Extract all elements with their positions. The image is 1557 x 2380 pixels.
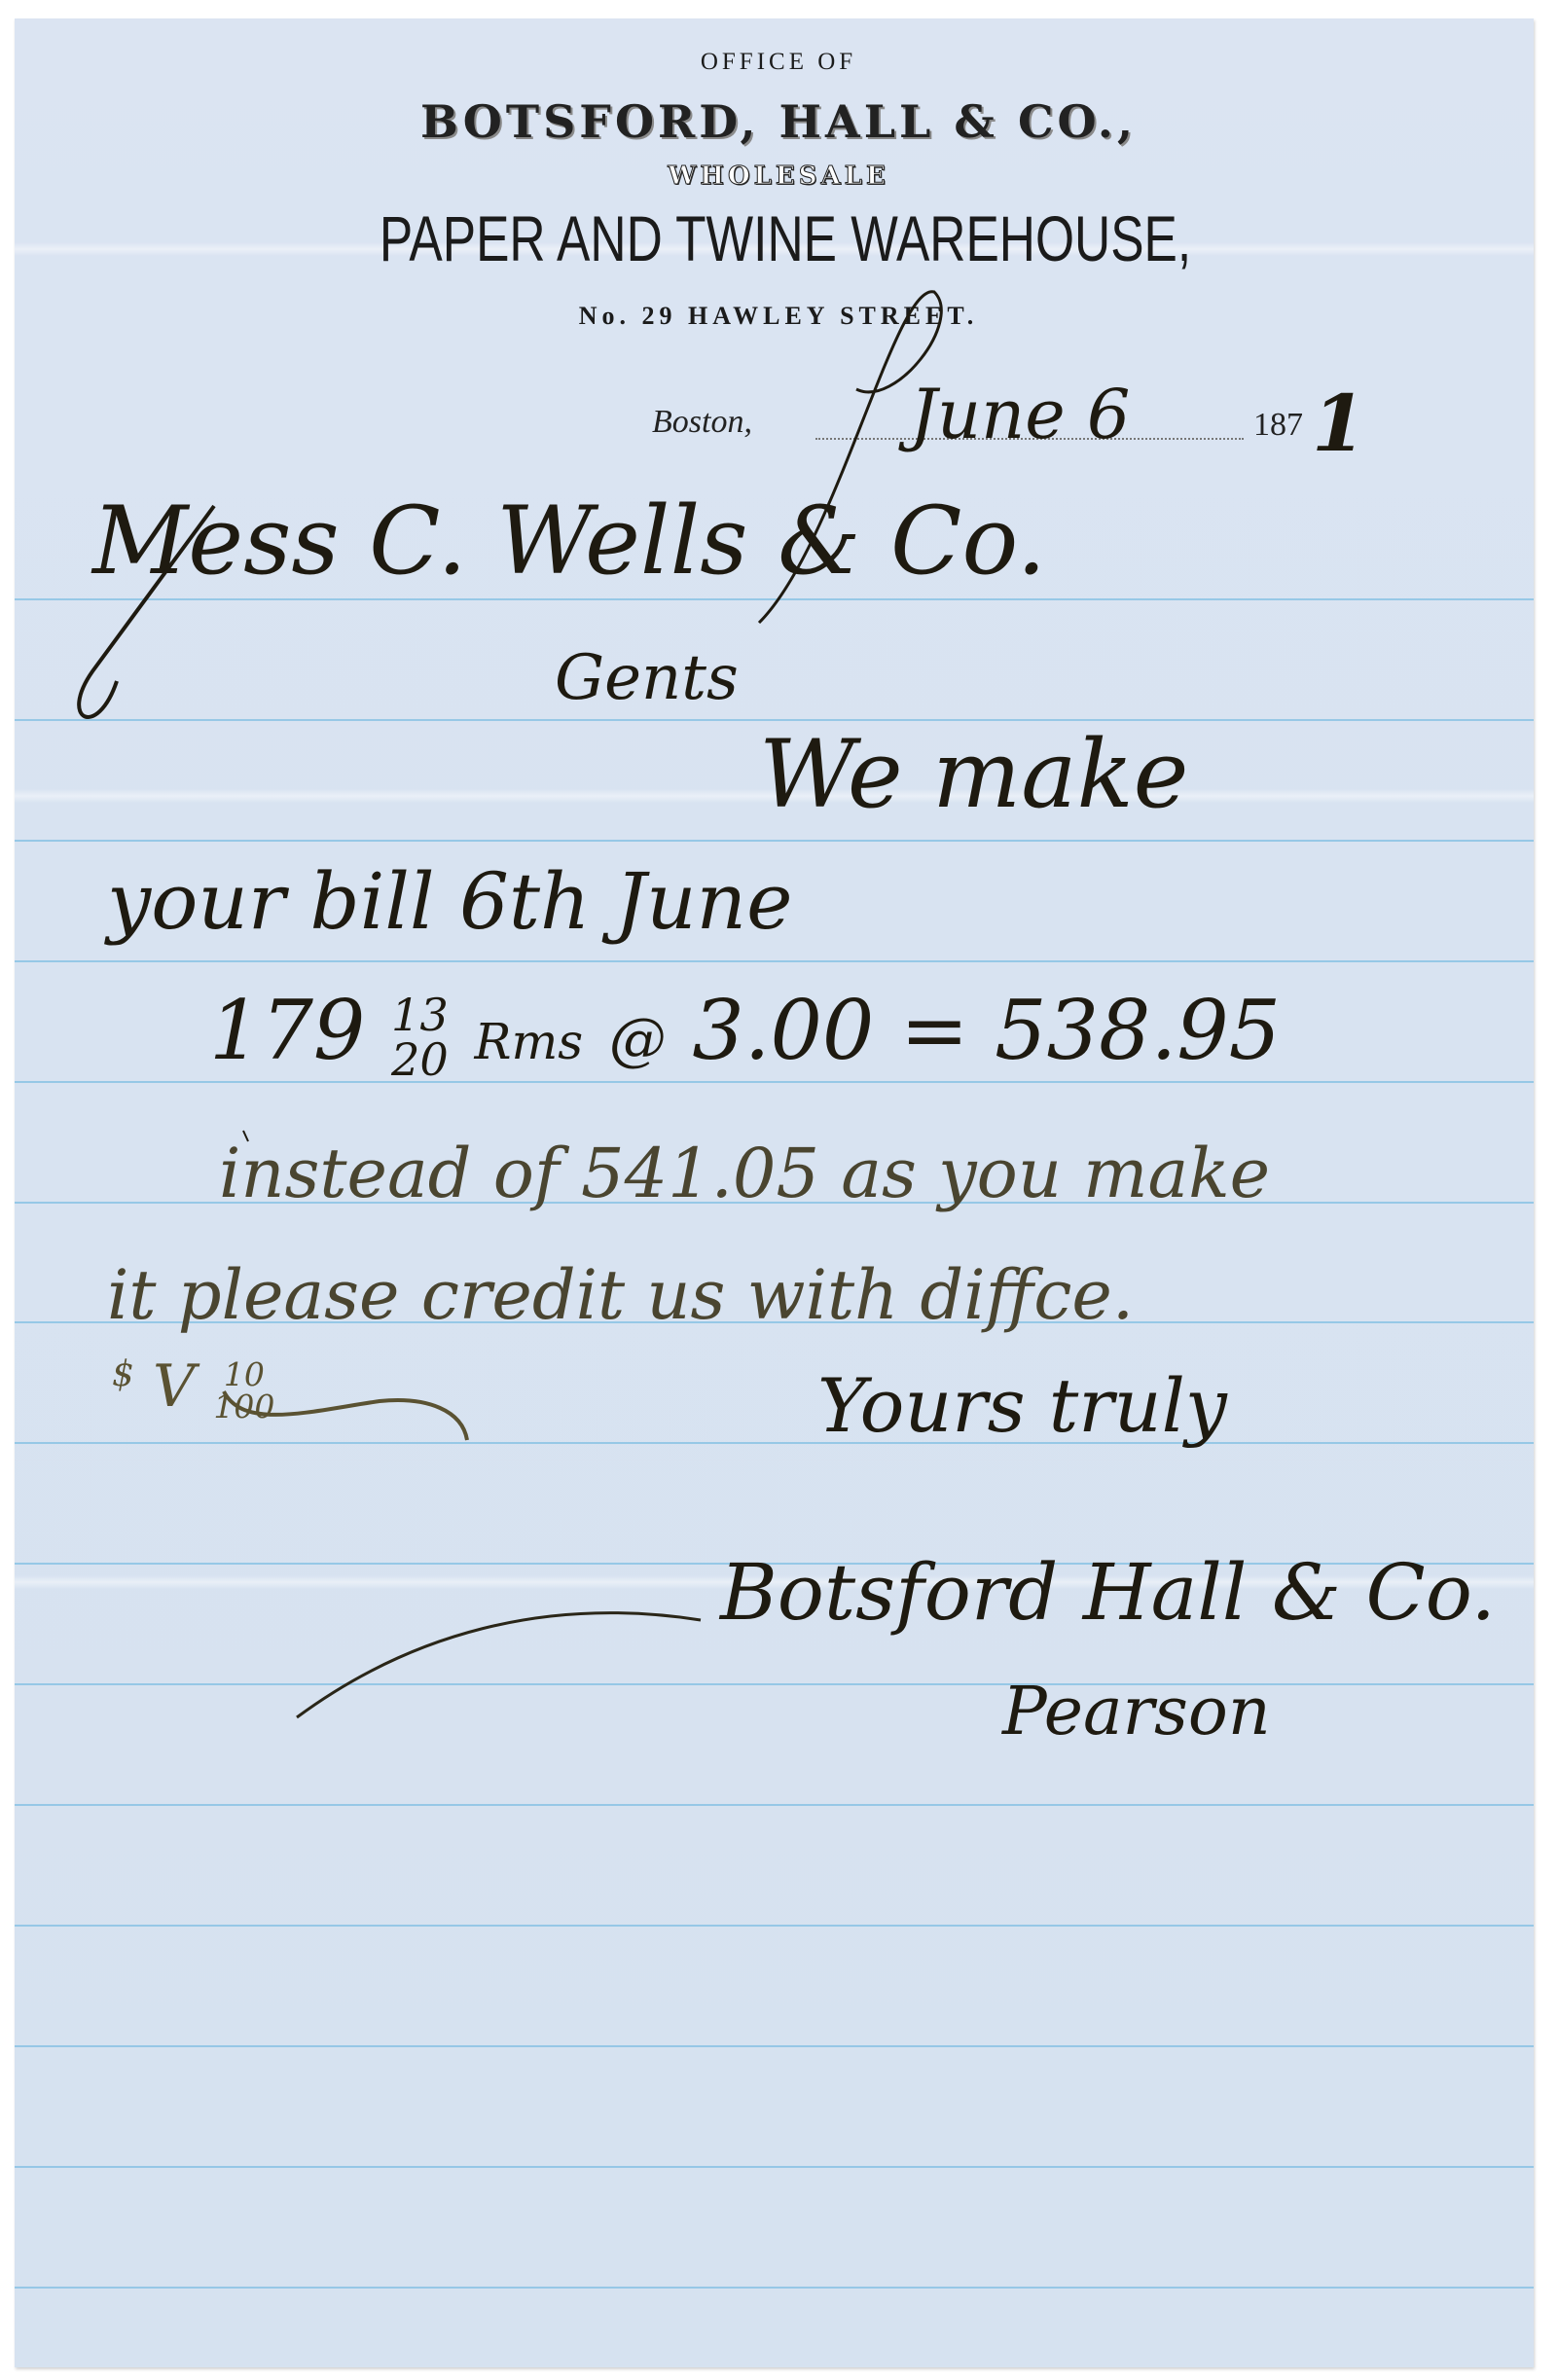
body-line-4: it please credit us with diffce. [107,1255,1134,1335]
handwritten-year-digit: 1 [1312,378,1366,469]
signer: Pearson [1002,1674,1271,1750]
margin-note: $ V 10 100 [112,1352,274,1423]
margin-note-letter: V [153,1352,195,1421]
margin-note-denominator: 100 [213,1390,274,1423]
letterhead-company-name: BOTSFORD, HALL & CO., [0,95,1557,148]
margin-note-fraction: 10 100 [213,1358,274,1423]
ruled-line [15,2045,1534,2047]
body-line-3: instead of 541.05 as you make [219,1134,1270,1213]
signature: Botsford Hall & Co. [720,1547,1496,1638]
ruled-line [15,1804,1534,1806]
addressee: Mess C. Wells & Co. [92,487,1046,595]
total: 538.95 [995,983,1281,1078]
fraction-denominator: 20 [391,1037,449,1082]
ruled-line [15,598,1534,600]
at-sign: @ [609,1005,667,1072]
letterhead-office-of: OFFICE OF [0,49,1557,76]
letterhead-address: No. 29 HAWLEY STREET. [0,302,1557,331]
quantity-whole: 179 [209,983,365,1078]
rate: 3.00 [692,983,874,1078]
calculation-line: 179 13 20 Rms @ 3.00 = 538.95 [209,983,1281,1082]
dollar-mark: $ [112,1354,134,1394]
ruled-line [15,960,1534,962]
fraction-numerator: 13 [391,992,449,1037]
ruled-line [15,1442,1534,1444]
closing: Yours truly [817,1362,1227,1449]
equals-sign: = [900,983,968,1078]
body-line-1: We make [759,720,1188,829]
dateline-city: Boston, [652,404,752,441]
ruled-line [15,1925,1534,1927]
quantity-fraction: 13 20 [391,992,449,1082]
greeting: Gents [555,642,739,714]
margin-note-numerator: 10 [213,1358,274,1390]
body-line-2: your bill 6th June [107,856,792,947]
ruled-line [15,840,1534,842]
ruled-line [15,1683,1534,1685]
letterhead-business: PAPER AND TWINE WAREHOUSE, [178,201,1393,275]
unit-reams: Rms [475,1013,584,1070]
letterhead-wholesale: WHOLESALE [0,162,1557,191]
handwritten-date: June 6 [910,375,1130,454]
ruled-line [15,2166,1534,2168]
printed-year-prefix: 187 [1253,407,1303,444]
ruled-line [15,2287,1534,2289]
